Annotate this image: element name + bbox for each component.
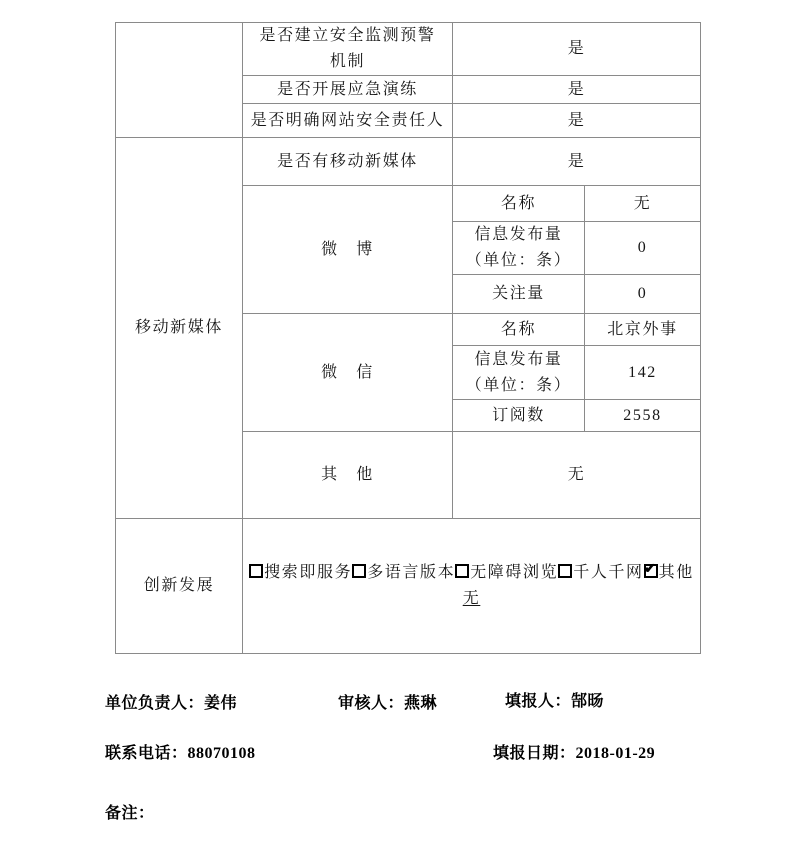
reviewer-field: 审核人：燕琳	[338, 690, 437, 713]
question-security-officer: 是否明确网站安全责任人	[243, 104, 453, 138]
annual-report-table: 是否建立安全监测预警机制 是 是否开展应急演练 是 是否明确网站安全责任人 是 …	[115, 22, 701, 654]
table-row: 是否建立安全监测预警机制 是	[116, 23, 701, 76]
question-has-mobile-media: 是否有移动新媒体	[243, 138, 453, 186]
date-value: 2018-01-29	[576, 745, 656, 762]
table-row: 移动新媒体 是否有移动新媒体 是	[116, 138, 701, 186]
unit-head-value: 姜伟	[204, 695, 237, 712]
unit-head-field: 单位负责人：姜伟	[105, 690, 237, 713]
date-label: 填报日期：	[493, 745, 576, 762]
question-emergency-drill: 是否开展应急演练	[243, 76, 453, 104]
remarks-label: 备注：	[105, 805, 155, 822]
weibo-name-label: 名称	[453, 186, 585, 222]
filler-value: 郜旸	[571, 693, 604, 710]
checkbox-label-accessibility: 无障碍浏览	[470, 564, 558, 581]
weibo-followers-value: 0	[585, 275, 701, 314]
weixin-name-label: 名称	[453, 314, 585, 346]
table-row: 创新发展 搜索即服务多语言版本无障碍浏览千人千网其他 无	[116, 519, 701, 654]
answer-security-officer: 是	[453, 104, 701, 138]
phone-value: 88070108	[188, 745, 256, 762]
filler-field: 填报人：郜旸	[505, 688, 604, 711]
weixin-volume-value: 142	[585, 346, 701, 400]
checkbox-personalization[interactable]	[558, 564, 572, 578]
checkbox-label-search-as-service: 搜索即服务	[264, 564, 352, 581]
phone-label: 联系电话：	[105, 745, 188, 762]
weixin-name-value: 北京外事	[585, 314, 701, 346]
weibo-followers-label: 关注量	[453, 275, 585, 314]
phone-field: 联系电话：88070108	[105, 740, 256, 763]
checkbox-search-as-service[interactable]	[249, 564, 263, 578]
other-platform-value: 无	[453, 432, 701, 519]
page: { "colors": { "table_border": "#8a8a8a",…	[0, 0, 800, 843]
weixin-subscribers-value: 2558	[585, 400, 701, 432]
question-monitor-warning: 是否建立安全监测预警机制	[243, 23, 453, 76]
filler-label: 填报人：	[505, 693, 571, 710]
remarks-field: 备注：	[105, 800, 155, 823]
reviewer-label: 审核人：	[338, 695, 404, 712]
checkbox-label-personalization: 千人千网	[573, 564, 643, 581]
date-field: 填报日期：2018-01-29	[493, 740, 655, 763]
group-label-innovation: 创新发展	[116, 519, 243, 654]
weixin-subscribers-label: 订阅数	[453, 400, 585, 432]
platform-label-weibo: 微 博	[243, 186, 453, 314]
weibo-volume-value: 0	[585, 222, 701, 275]
innovation-other-text: 无	[247, 586, 696, 612]
weibo-name-value: 无	[585, 186, 701, 222]
platform-label-weixin: 微 信	[243, 314, 453, 432]
answer-emergency-drill: 是	[453, 76, 701, 104]
checkbox-other[interactable]	[644, 564, 658, 578]
group-label-mobile-media: 移动新媒体	[116, 138, 243, 519]
reviewer-value: 燕琳	[404, 695, 437, 712]
answer-has-mobile-media: 是	[453, 138, 701, 186]
security-group-cell	[116, 23, 243, 138]
checkbox-label-multilingual: 多语言版本	[367, 564, 455, 581]
weibo-volume-label: 信息发布量 （单位：条）	[453, 222, 585, 275]
platform-label-other: 其 他	[243, 432, 453, 519]
answer-monitor-warning: 是	[453, 23, 701, 76]
unit-head-label: 单位负责人：	[105, 695, 204, 712]
innovation-options-cell: 搜索即服务多语言版本无障碍浏览千人千网其他 无	[243, 519, 701, 654]
checkbox-label-other: 其他	[659, 564, 694, 581]
checkbox-accessibility[interactable]	[455, 564, 469, 578]
weixin-volume-label: 信息发布量 （单位：条）	[453, 346, 585, 400]
checkbox-multilingual[interactable]	[352, 564, 366, 578]
